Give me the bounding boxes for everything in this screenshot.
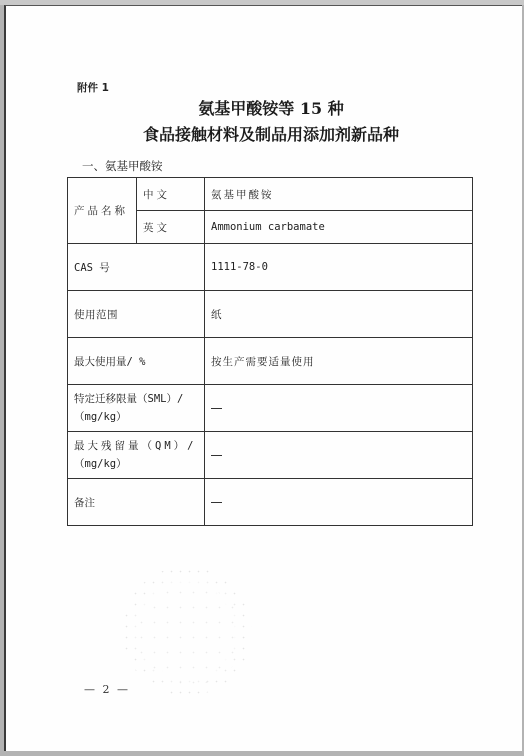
sml-label-line1: 特定迁移限量（SML）/ bbox=[74, 390, 198, 408]
english-label: 英文 bbox=[137, 211, 205, 244]
scope-value: 纸 bbox=[205, 291, 473, 338]
scope-label: 使用范围 bbox=[68, 291, 205, 338]
section-heading: 一、氨基甲酸铵 bbox=[82, 158, 163, 174]
sml-label-line2: （mg/kg） bbox=[74, 408, 198, 426]
dash-mark bbox=[211, 455, 222, 456]
chinese-label: 中文 bbox=[137, 178, 205, 211]
table-row-qm: 最大残留量（QM）/ （mg/kg） bbox=[68, 432, 473, 479]
max-usage-label: 最大使用量/ % bbox=[68, 338, 205, 385]
table-row-sml: 特定迁移限量（SML）/ （mg/kg） bbox=[68, 385, 473, 432]
remarks-value bbox=[205, 479, 473, 526]
faded-seal-stamp-inner bbox=[135, 585, 245, 685]
table-row-max-usage: 最大使用量/ % 按生产需要适量使用 bbox=[68, 338, 473, 385]
table-row-scope: 使用范围 纸 bbox=[68, 291, 473, 338]
document-title-line2: 食品接触材料及制品用添加剂新品种 bbox=[0, 122, 524, 145]
max-usage-value: 按生产需要适量使用 bbox=[205, 338, 473, 385]
table-row-remarks: 备注 bbox=[68, 479, 473, 526]
attachment-label: 附件 1 bbox=[77, 80, 109, 95]
page-number: — 2 — bbox=[84, 683, 130, 696]
specification-table: 产品名称 中文 氨基甲酸铵 英文 Ammonium carbamate CAS … bbox=[67, 177, 473, 526]
qm-label: 最大残留量（QM）/ （mg/kg） bbox=[68, 432, 205, 479]
dash-mark bbox=[211, 502, 222, 503]
qm-value bbox=[205, 432, 473, 479]
remarks-label: 备注 bbox=[68, 479, 205, 526]
english-value: Ammonium carbamate bbox=[205, 211, 473, 244]
sml-label: 特定迁移限量（SML）/ （mg/kg） bbox=[68, 385, 205, 432]
qm-label-line1: 最大残留量（QM）/ bbox=[74, 437, 198, 455]
table-row-chinese-name: 产品名称 中文 氨基甲酸铵 bbox=[68, 178, 473, 211]
sml-value bbox=[205, 385, 473, 432]
chinese-value: 氨基甲酸铵 bbox=[205, 178, 473, 211]
document-title-line1: 氨基甲酸铵等 15 种 bbox=[0, 96, 524, 119]
table-row-cas: CAS 号 1111-78-0 bbox=[68, 244, 473, 291]
qm-label-line2: （mg/kg） bbox=[74, 455, 198, 473]
cas-label: CAS 号 bbox=[68, 244, 205, 291]
product-name-label: 产品名称 bbox=[68, 178, 137, 244]
cas-value: 1111-78-0 bbox=[205, 244, 473, 291]
dash-mark bbox=[211, 408, 222, 409]
